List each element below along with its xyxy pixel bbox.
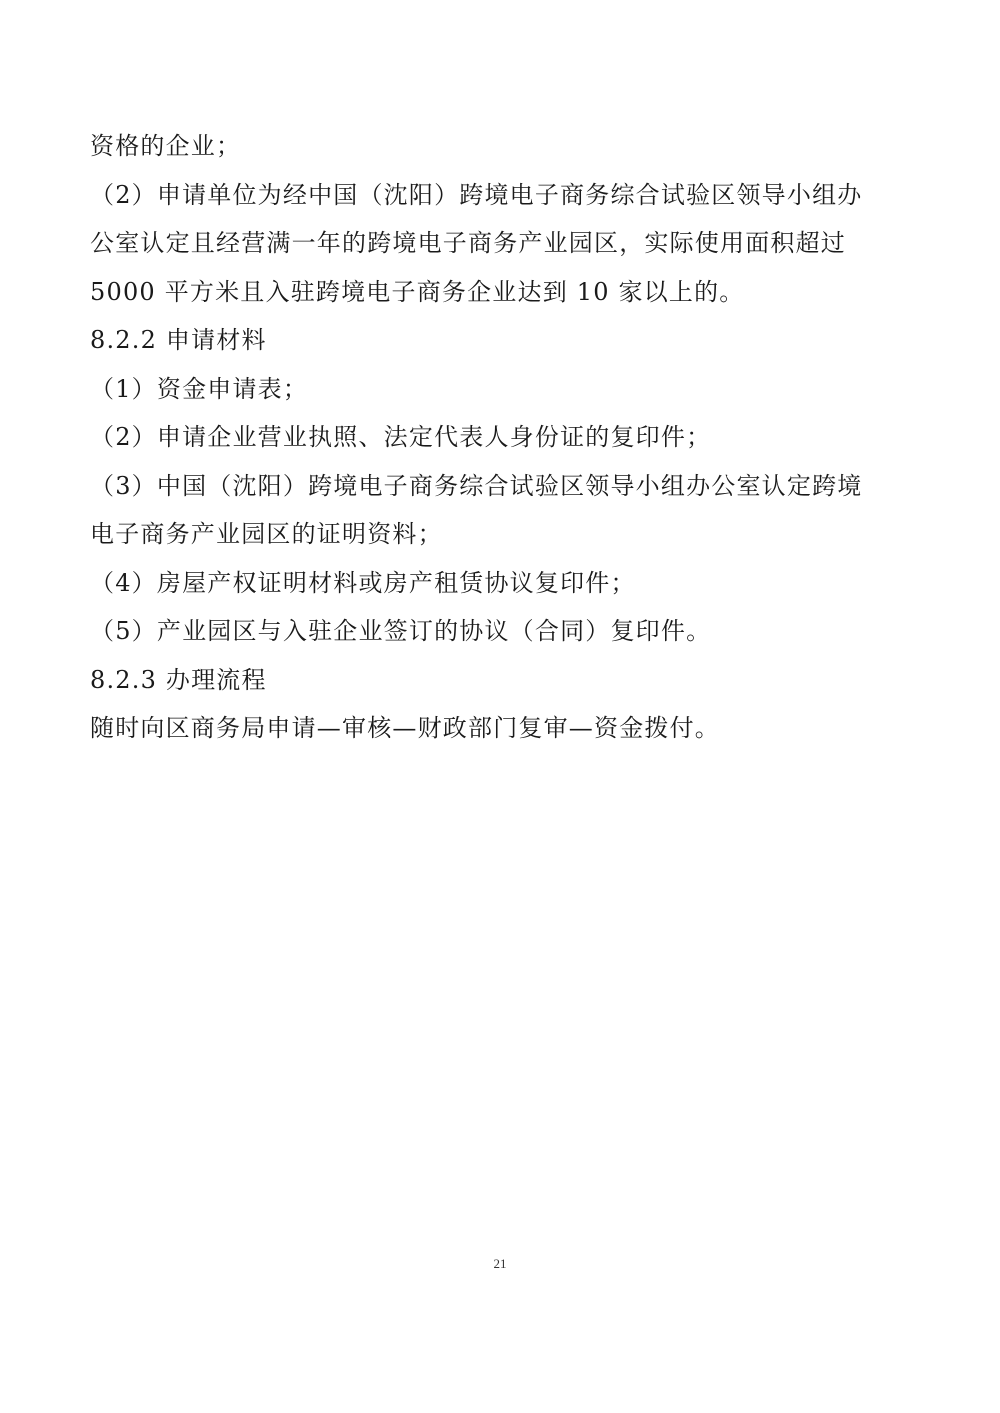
materials-item-2: （2）申请企业营业执照、法定代表人身份证的复印件；: [90, 413, 900, 462]
document-body: 资格的企业； （2）申请单位为经中国（沈阳）跨境电子商务综合试验区领导小组办 公…: [90, 122, 900, 753]
materials-item-5: （5）产业园区与入驻企业签订的协议（合同）复印件。: [90, 607, 900, 656]
eligibility-text-line: 资格的企业；: [90, 122, 900, 171]
eligibility-item-2-line-2: 公室认定且经营满一年的跨境电子商务产业园区，实际使用面积超过: [90, 219, 900, 268]
section-heading-materials: 8.2.2 申请材料: [90, 316, 900, 365]
eligibility-item-2-line-3: 5000 平方米且入驻跨境电子商务企业达到 10 家以上的。: [90, 268, 900, 317]
materials-item-3-line-2: 电子商务产业园区的证明资料；: [90, 510, 900, 559]
materials-item-1: （1）资金申请表；: [90, 365, 900, 414]
process-text: 随时向区商务局申请—审核—财政部门复审—资金拨付。: [90, 704, 900, 753]
section-heading-process: 8.2.3 办理流程: [90, 656, 900, 705]
materials-item-3-line-1: （3）中国（沈阳）跨境电子商务综合试验区领导小组办公室认定跨境: [90, 462, 900, 511]
materials-item-4: （4）房屋产权证明材料或房产租赁协议复印件；: [90, 559, 900, 608]
page-number: 21: [0, 1256, 1000, 1272]
eligibility-item-2-line-1: （2）申请单位为经中国（沈阳）跨境电子商务综合试验区领导小组办: [90, 171, 900, 220]
